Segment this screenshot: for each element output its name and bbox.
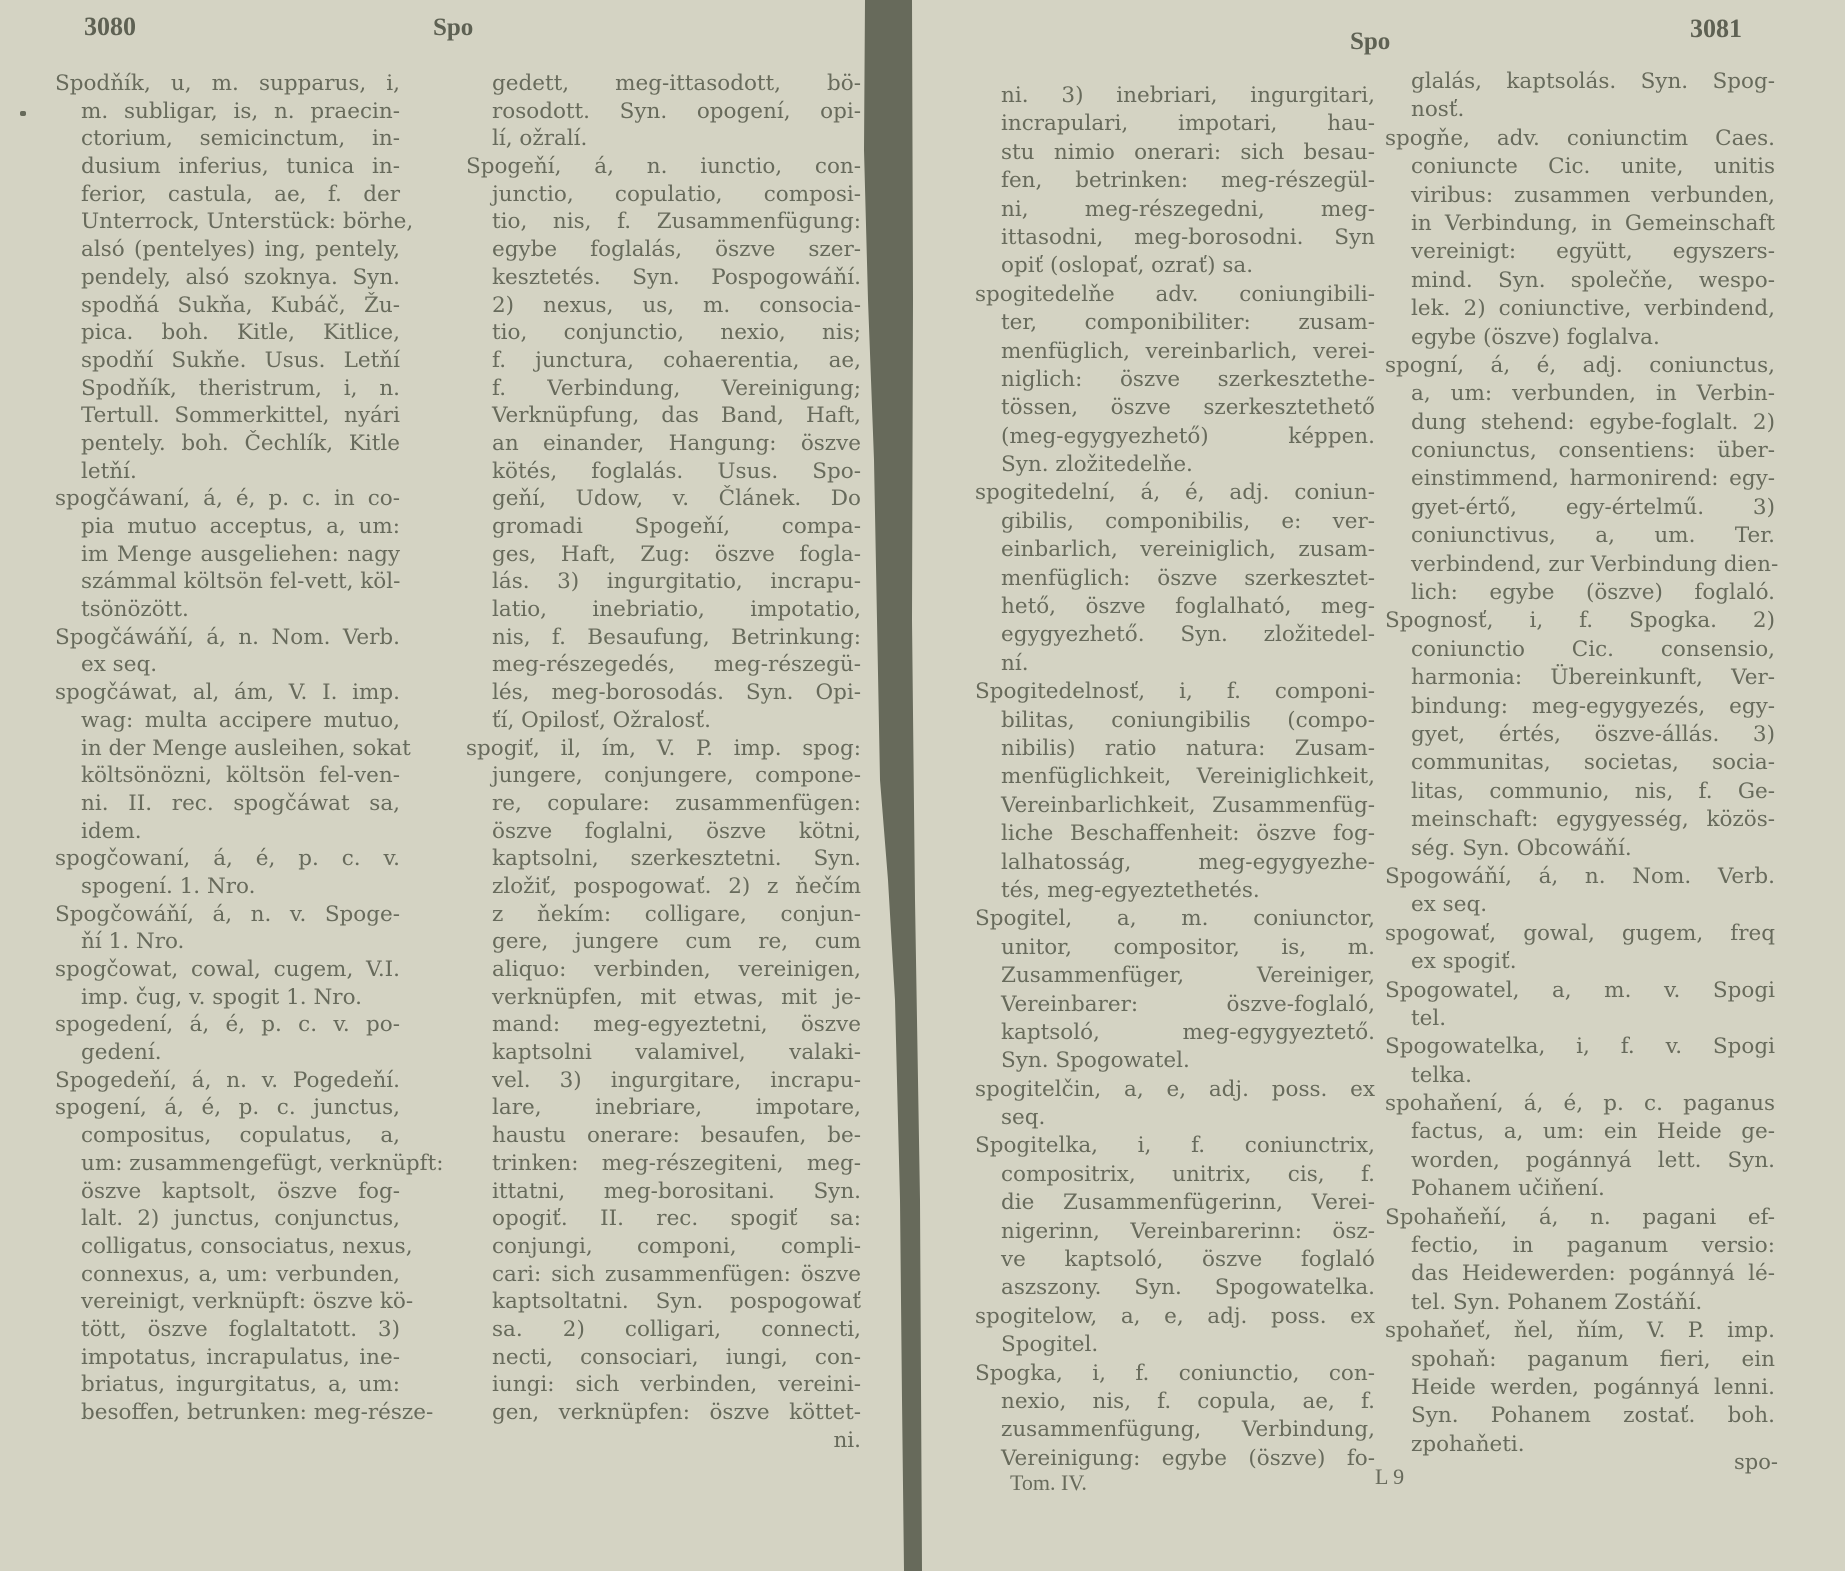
entry-text-line: tsönözött.	[81, 596, 400, 624]
entry-text-line: das Heidewerden: pogánnyá lé-	[1411, 1260, 1775, 1288]
entry-headword-line: Spogitelka, i, f. coniunctrix,	[975, 1132, 1375, 1160]
entry-text-line: ni. 3) inebriari, ingurgitari,	[1001, 82, 1375, 110]
entry-text-line: Vereinigung: egybe (öszve) fo-	[1001, 1445, 1375, 1473]
entry-text-line: briatus, ingurgitatus, a, um:	[81, 1371, 400, 1399]
entry-text-line: aliquo: verbinden, vereinigen,	[492, 956, 861, 984]
entry-text-line: kaptsolni, szerkesztetni. Syn.	[492, 845, 861, 873]
column-2: gedett, meg-ittasodott, bö-rosodott. Syn…	[466, 70, 861, 1454]
volume-label: Tom. IV.	[1010, 1470, 1087, 1496]
entry-text-line: gromadi Spogeňí, compa-	[492, 513, 861, 541]
entry-text-line: ittasodni, meg-borosodni. Syn	[1001, 224, 1375, 252]
entry-text-line: lí, ožralí.	[492, 125, 861, 153]
entry-headword-line: spogčowaní, á, é, p. c. v.	[55, 845, 400, 873]
entry-text-line: tel. Syn. Pohanem Zostáňí.	[1411, 1289, 1775, 1317]
entry-text-line: Tertull. Sommerkittel, nyári	[81, 402, 400, 430]
entry-text-line: in der Menge ausleihen, sokat	[81, 735, 400, 763]
entry-text-line: besoffen, betrunken: meg-része-	[81, 1399, 400, 1427]
entry-text-line: seq.	[1001, 1104, 1375, 1132]
entry-text-line: Syn. zložitedelňe.	[1001, 451, 1375, 479]
entry-text-line: gedení.	[81, 1039, 400, 1067]
entry-text-line: kaptsolni valamivel, valaki-	[492, 1039, 861, 1067]
entry-text-line: egygyezhető. Syn. zložitedel-	[1001, 621, 1375, 649]
entry-text-line: impotatus, incrapulatus, ine-	[81, 1344, 400, 1372]
entry-text-line: die Zusammenfügerinn, Verei-	[1001, 1189, 1375, 1217]
entry-text-line: coniunctivus, a, um. Ter.	[1411, 522, 1775, 550]
entry-text-line: dung stehend: egybe-foglalt. 2)	[1411, 409, 1775, 437]
entry-headword-line: spogení, á, é, p. c. junctus,	[55, 1094, 400, 1122]
entry-text-line: spodňí Sukňe. Usus. Letňí	[81, 347, 400, 375]
entry-text-line: vereinigt: együtt, egyszers-	[1411, 238, 1775, 266]
entry-text-line: incrapulari, impotari, hau-	[1001, 110, 1375, 138]
entry-text-line: Pohanem učiňení.	[1411, 1175, 1775, 1203]
entry-text-line: fen, betrinken: meg-részegül-	[1001, 167, 1375, 195]
entry-text-line: (meg-egygyezhető) képpen.	[1001, 423, 1375, 451]
entry-text-line: iungi: sich verbinden, vereini-	[492, 1371, 861, 1399]
entry-text-line: lalhatosság, meg-egygyezhe-	[1001, 849, 1375, 877]
entry-text-line: unitor, compositor, is, m.	[1001, 934, 1375, 962]
entry-text-line: tio, nis, f. Zusammenfügung:	[492, 208, 861, 236]
entry-text-line: worden, pogánnyá lett. Syn.	[1411, 1147, 1775, 1175]
entry-text-line: opiť (oslopať, ozrať) sa.	[1001, 252, 1375, 280]
entry-text-line: a, um: verbunden, in Verbin-	[1411, 380, 1775, 408]
entry-text-line: junctio, copulatio, composi-	[492, 181, 861, 209]
entry-text-line: lalt. 2) junctus, conjunctus,	[81, 1205, 400, 1233]
entry-text-line: öszve kaptsolt, öszve fog-	[81, 1178, 400, 1206]
entry-text-line: pia mutuo acceptus, a, um:	[81, 513, 400, 541]
entry-headword-line: Spodňík, u, m. supparus, i,	[55, 70, 400, 98]
entry-text-line: cari: sich zusammenfügen: öszve	[492, 1261, 861, 1289]
printer-signature: L 9	[1375, 1464, 1404, 1490]
entry-headword-line: Spognosť, i, f. Spogka. 2)	[1385, 607, 1775, 635]
entry-text-line: ex seq.	[81, 651, 400, 679]
entry-text-line: verknüpfen, mit etwas, mit je-	[492, 984, 861, 1012]
right-running-head: Spo	[1350, 28, 1390, 56]
entry-text-line: Vereinbarlichkeit, Zusammenfüg-	[1001, 792, 1375, 820]
entry-headword-line: Spogowatelka, i, f. v. Spogi	[1385, 1033, 1775, 1061]
entry-text-line: einstimmend, harmonirend: egy-	[1411, 465, 1775, 493]
entry-text-line: Unterrock, Unterstück: börhe,	[81, 208, 400, 236]
entry-text-line: f. junctura, cohaerentia, ae,	[492, 347, 861, 375]
entry-text-line: menfüglichkeit, Vereiniglichkeit,	[1001, 763, 1375, 791]
entry-text-line: pendely, alsó szoknya. Syn.	[81, 264, 400, 292]
entry-text-line: Spodňík, theristrum, i, n.	[81, 375, 400, 403]
entry-text-line: Syn. Pohanem zostať. boh.	[1411, 1402, 1775, 1430]
entry-text-line: coniunctus, consentiens: über-	[1411, 437, 1775, 465]
entry-text-line: bindung: meg-egygyezés, egy-	[1411, 693, 1775, 721]
entry-headword-line: spogňe, adv. coniunctim Caes.	[1385, 125, 1775, 153]
entry-text-line: tio, conjunctio, nexio, nis;	[492, 319, 861, 347]
entry-text-line: latio, inebriatio, impotatio,	[492, 596, 861, 624]
entry-text-line: egybe (öszve) foglalva.	[1411, 324, 1775, 352]
entry-text-line: telka.	[1411, 1062, 1775, 1090]
entry-text-line: 2) nexus, us, m. consocia-	[492, 292, 861, 320]
entry-text-line: Heide werden, pogánnyá lenni.	[1411, 1374, 1775, 1402]
entry-text-line: menfüglich: öszve szerkesztet-	[1001, 565, 1375, 593]
entry-text-line: vereinigt, verknüpft: öszve kö-	[81, 1288, 400, 1316]
entry-headword-line: Spohaňeňí, á, n. pagani ef-	[1385, 1204, 1775, 1232]
entry-text-line: f. Verbindung, Vereinigung;	[492, 375, 861, 403]
entry-text-line: idem.	[81, 818, 400, 846]
left-running-head: Spo	[433, 14, 473, 42]
entry-text-line: im Menge ausgeliehen: nagy	[81, 541, 400, 569]
entry-text-line: ex seq.	[1411, 891, 1775, 919]
entry-headword-line: spogčowat, cowal, cugem, V.I.	[55, 956, 400, 984]
entry-text-line: tött, öszve foglaltatott. 3)	[81, 1316, 400, 1344]
entry-text-line: ex spogiť.	[1411, 948, 1775, 976]
entry-text-line: kötés, foglalás. Usus. Spo-	[492, 458, 861, 486]
entry-text-line: ittatni, meg-borositani. Syn.	[492, 1178, 861, 1206]
entry-text-line: ňí 1. Nro.	[81, 928, 400, 956]
entry-text-line: haustu onerare: besaufen, be-	[492, 1122, 861, 1150]
entry-headword-line: Spogitel, a, m. coniunctor,	[975, 905, 1375, 933]
entry-headword-line: spohaňení, á, é, p. c. paganus	[1385, 1090, 1775, 1118]
entry-text-line: alsó (pentelyes) ing, pentely,	[81, 236, 400, 264]
entry-text-line: zusammenfügung, Verbindung,	[1001, 1416, 1375, 1444]
entry-text-line: lás. 3) ingurgitatio, incrapu-	[492, 568, 861, 596]
entry-text-line: lek. 2) coniunctive, verbindend,	[1411, 295, 1775, 323]
entry-text-line: opogiť. II. rec. spogiť sa:	[492, 1205, 861, 1233]
entry-text-line: Spogitel.	[1001, 1331, 1375, 1359]
entry-text-line: rosodott. Syn. opogení, opi-	[492, 98, 861, 126]
entry-text-line: menfüglich, vereinbarlich, verei-	[1001, 338, 1375, 366]
entry-text-line: nexio, nis, f. copula, ae, f.	[1001, 1388, 1375, 1416]
entry-text-line: um: zusammengefügt, verknüpft:	[81, 1150, 400, 1178]
entry-headword-line: spogitelow, a, e, adj. poss. ex	[975, 1303, 1375, 1331]
entry-text-line: Zusammenfüger, Vereiniger,	[1001, 962, 1375, 990]
entry-text-line: ťí, Opilosť, Ožralosť.	[492, 707, 861, 735]
entry-text-line: gere, jungere cum re, cum	[492, 928, 861, 956]
entry-headword-line: Spogedeňí, á, n. v. Pogedeňí.	[55, 1067, 400, 1095]
margin-mark	[20, 111, 26, 116]
entry-text-line: geňí, Udow, v. Článek. Do	[492, 485, 861, 513]
entry-text-line: költsönözni, költsön fel-ven-	[81, 762, 400, 790]
entry-text-line: compositus, copulatus, a,	[81, 1122, 400, 1150]
entry-text-line: számmal költsön fel-vett, köl-	[81, 568, 400, 596]
entry-text-line: ve kaptsoló, öszve foglaló	[1001, 1246, 1375, 1274]
entry-headword-line: spogitedelňe adv. coniungibili-	[975, 281, 1375, 309]
entry-text-line: verbindend, zur Verbindung dien-	[1411, 551, 1775, 579]
entry-headword-line: spogní, á, é, adj. coniunctus,	[1385, 352, 1775, 380]
entry-text-line: z ňekím: colligare, conjun-	[492, 901, 861, 929]
entry-text-line: harmonia: Übereinkunft, Ver-	[1411, 664, 1775, 692]
entry-headword-line: spogedení, á, é, p. c. v. po-	[55, 1011, 400, 1039]
entry-text-line: necti, consociari, iungi, con-	[492, 1344, 861, 1372]
entry-text-line: kesztetés. Syn. Pospogowáňí.	[492, 264, 861, 292]
entry-headword-line: spogowať, gowal, gugem, freq	[1385, 920, 1775, 948]
dictionary-spread: 3080 Spo Spodňík, u, m. supparus, i,m. s…	[0, 0, 1845, 1571]
column-1: Spodňík, u, m. supparus, i,m. subligar, …	[55, 70, 400, 1427]
column-4: glalás, kaptsolás. Syn. Spog-nosť.spogňe…	[1385, 68, 1775, 1459]
entry-text-line: spogení. 1. Nro.	[81, 873, 400, 901]
entry-text-line: egybe foglalás, öszve szer-	[492, 236, 861, 264]
entry-text-line: litas, communio, nis, f. Ge-	[1411, 778, 1775, 806]
entry-text-line: lés, meg-borosodás. Syn. Opi-	[492, 679, 861, 707]
entry-text-line: stu nimio onerari: sich besau-	[1001, 139, 1375, 167]
entry-text-line: ter, componibiliter: zusam-	[1001, 309, 1375, 337]
entry-text-line: compositrix, unitrix, cis, f.	[1001, 1161, 1375, 1189]
entry-headword-line: Spogeňí, á, n. iunctio, con-	[466, 153, 861, 181]
entry-text-line: ctorium, semicinctum, in-	[81, 125, 400, 153]
entry-text-line: Verknüpfung, das Band, Haft,	[492, 402, 861, 430]
entry-text-line: lich: egybe (öszve) foglaló.	[1411, 579, 1775, 607]
entry-text-line: communitas, societas, socia-	[1411, 749, 1775, 777]
entry-text-line: glalás, kaptsolás. Syn. Spog-	[1411, 68, 1775, 96]
entry-headword-line: Spogitedelnosť, i, f. componi-	[975, 678, 1375, 706]
entry-text-line: nis, f. Besaufung, Betrinkung:	[492, 624, 861, 652]
entry-text-line: zpohaňeti.	[1411, 1431, 1775, 1459]
entry-text-line: re, copulare: zusammenfügen:	[492, 790, 861, 818]
entry-text-line: ferior, castula, ae, f. der	[81, 181, 400, 209]
entry-text-line: vel. 3) ingurgitare, incrapu-	[492, 1067, 861, 1095]
entry-text-line: meinschaft: egygyesség, közös-	[1411, 806, 1775, 834]
entry-text-line: viribus: zusammen verbunden,	[1411, 182, 1775, 210]
entry-text-line: m. subligar, is, n. praecin-	[81, 98, 400, 126]
entry-text-line: an einander, Hangung: öszve	[492, 430, 861, 458]
entry-headword-line: spogčáwat, al, ám, V. I. imp.	[55, 679, 400, 707]
entry-headword-line: Spogowatel, a, m. v. Spogi	[1385, 977, 1775, 1005]
column-3: ni. 3) inebriari, ingurgitari,incrapular…	[975, 82, 1375, 1473]
entry-text-line: wag: multa accipere mutuo,	[81, 707, 400, 735]
entry-text-line: ni. II. rec. spogčáwat sa,	[81, 790, 400, 818]
entry-text-line: gedett, meg-ittasodott, bö-	[492, 70, 861, 98]
entry-headword-line: spohaňeť, ňel, ňím, V. P. imp.	[1385, 1317, 1775, 1345]
entry-text-line: ni, meg-részegedni, meg-	[1001, 196, 1375, 224]
entry-text-line: ni.	[492, 1427, 861, 1455]
entry-text-line: Vereinbarer: öszve-foglaló,	[1001, 991, 1375, 1019]
entry-text-line: nosť.	[1411, 96, 1775, 124]
entry-text-line: in Verbindung, in Gemeinschaft	[1411, 210, 1775, 238]
entry-text-line: kaptsoló, meg-egygyeztető.	[1001, 1019, 1375, 1047]
entry-text-line: lare, inebriare, impotare,	[492, 1094, 861, 1122]
entry-text-line: coniunctio Cic. consensio,	[1411, 636, 1775, 664]
entry-text-line: pica. boh. Kitle, Kitlice,	[81, 319, 400, 347]
entry-text-line: nigerinn, Vereinbarerinn: ösz-	[1001, 1218, 1375, 1246]
entry-headword-line: spogitedelní, á, é, adj. coniun-	[975, 479, 1375, 507]
entry-text-line: ség. Syn. Obcowáňí.	[1411, 835, 1775, 863]
entry-text-line: einbarlich, vereiniglich, zusam-	[1001, 536, 1375, 564]
entry-text-line: pentely. boh. Čechlík, Kitle	[81, 430, 400, 458]
entry-text-line: spodňá Sukňa, Kubáč, Žu-	[81, 292, 400, 320]
entry-text-line: dusium inferius, tunica in-	[81, 153, 400, 181]
entry-text-line: mand: meg-egyeztetni, öszve	[492, 1011, 861, 1039]
entry-text-line: kaptsoltatni. Syn. pospogowať	[492, 1288, 861, 1316]
entry-headword-line: spogiť, il, ím, V. P. imp. spog:	[466, 735, 861, 763]
entry-text-line: fectio, in paganum versio:	[1411, 1232, 1775, 1260]
right-page: Spo 3081 ni. 3) inebriari, ingurgitari,i…	[912, 0, 1845, 1571]
entry-text-line: jungere, conjungere, compone-	[492, 762, 861, 790]
entry-headword-line: Spogka, i, f. coniunctio, con-	[975, 1360, 1375, 1388]
entry-text-line: factus, a, um: ein Heide ge-	[1411, 1118, 1775, 1146]
entry-text-line: spohaň: paganum fieri, ein	[1411, 1346, 1775, 1374]
entry-text-line: letňí.	[81, 458, 400, 486]
entry-text-line: colligatus, consociatus, nexus,	[81, 1233, 400, 1261]
entry-headword-line: Spogčáwáňí, á, n. Nom. Verb.	[55, 624, 400, 652]
entry-text-line: tössen, öszve szerkesztethető	[1001, 394, 1375, 422]
entry-headword-line: Spogowáňí, á, n. Nom. Verb.	[1385, 863, 1775, 891]
entry-text-line: meg-részegedés, meg-részegü-	[492, 651, 861, 679]
entry-text-line: gibilis, componibilis, e: ver-	[1001, 508, 1375, 536]
entry-text-line: sa. 2) colligari, connecti,	[492, 1316, 861, 1344]
catchword: spo-	[1734, 1450, 1778, 1474]
left-page-number: 3080	[84, 12, 136, 42]
entry-text-line: bilitas, coniungibilis (compo-	[1001, 707, 1375, 735]
entry-text-line: mind. Syn. společňe, wespo-	[1411, 267, 1775, 295]
entry-text-line: ges, Haft, Zug: öszve fogla-	[492, 541, 861, 569]
entry-text-line: tel.	[1411, 1005, 1775, 1033]
entry-text-line: Syn. Spogowatel.	[1001, 1047, 1375, 1075]
entry-text-line: öszve foglalni, öszve kötni,	[492, 818, 861, 846]
left-page: 3080 Spo Spodňík, u, m. supparus, i,m. s…	[0, 0, 880, 1571]
entry-headword-line: spogitelčin, a, e, adj. poss. ex	[975, 1076, 1375, 1104]
entry-text-line: trinken: meg-részegiteni, meg-	[492, 1150, 861, 1178]
entry-text-line: connexus, a, um: verbunden,	[81, 1261, 400, 1289]
entry-text-line: gen, verknüpfen: öszve köttet-	[492, 1399, 861, 1427]
entry-text-line: imp. čug, v. spogit 1. Nro.	[81, 984, 400, 1012]
entry-text-line: ní.	[1001, 650, 1375, 678]
entry-text-line: nibilis) ratio natura: Zusam-	[1001, 735, 1375, 763]
entry-text-line: hető, öszve foglalható, meg-	[1001, 593, 1375, 621]
entry-text-line: niglich: öszve szerkesztethe-	[1001, 366, 1375, 394]
entry-text-line: tés, meg-egyeztethetés.	[1001, 877, 1375, 905]
entry-text-line: zložiť, pospogowať. 2) z ňečím	[492, 873, 861, 901]
right-page-number: 3081	[1690, 14, 1742, 44]
entry-headword-line: spogčáwaní, á, é, p. c. in co-	[55, 485, 400, 513]
entry-text-line: coniuncte Cic. unite, unitis	[1411, 153, 1775, 181]
entry-text-line: aszszony. Syn. Spogowatelka.	[1001, 1274, 1375, 1302]
entry-text-line: gyet-értő, egy-értelmű. 3)	[1411, 494, 1775, 522]
entry-text-line: conjungi, componi, compli-	[492, 1233, 861, 1261]
entry-headword-line: Spogčowáňí, á, n. v. Spoge-	[55, 901, 400, 929]
entry-text-line: gyet, értés, öszve-állás. 3)	[1411, 721, 1775, 749]
entry-text-line: liche Beschaffenheit: öszve fog-	[1001, 820, 1375, 848]
